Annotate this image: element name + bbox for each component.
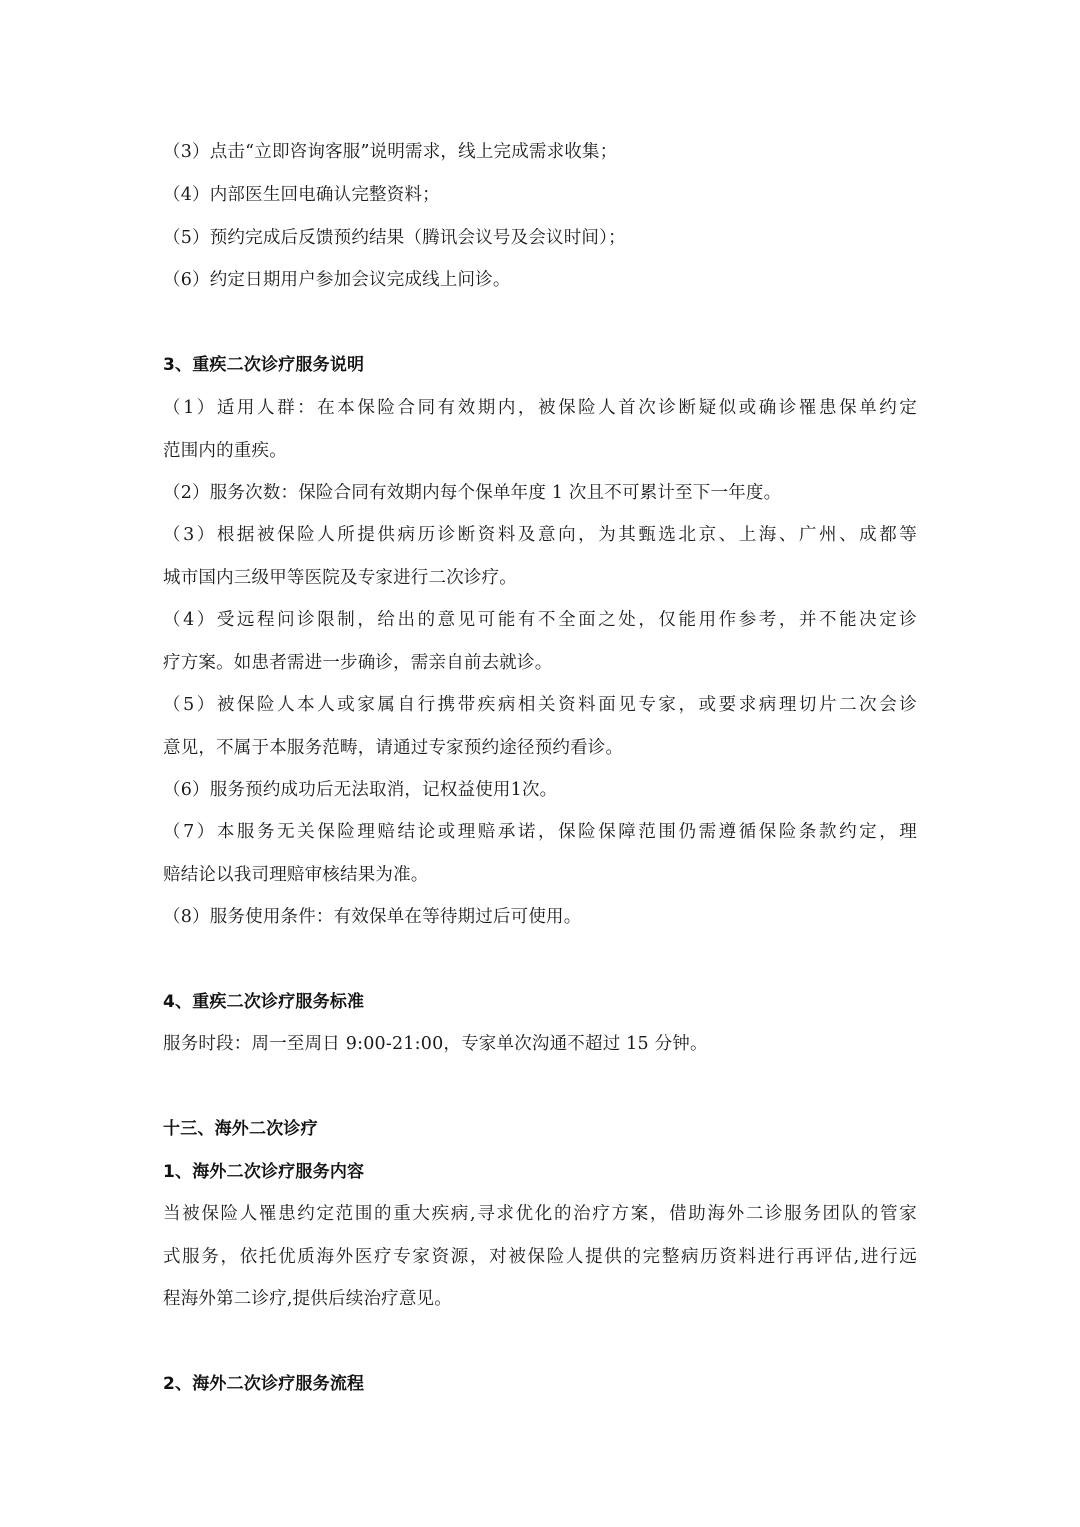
section-3-line: 疗方案。如患者需进一步确诊，需亲自前去就诊。 <box>163 651 917 675</box>
chapter-13-sub1-line: 程海外第二诊疗,提供后续治疗意见。 <box>163 1287 917 1311</box>
section-3-heading: 3、重疾二次诊疗服务说明 <box>163 353 917 377</box>
section-3-line: （7）本服务无关保险理赔结论或理赔承诺，保险保障范围仍需遵循保险条款约定，理 <box>163 820 917 844</box>
chapter-13-heading: 十三、海外二次诊疗 <box>163 1117 917 1141</box>
section-3-line: （4）受远程问诊限制，给出的意见可能有不全面之处，仅能用作参考，并不能决定诊 <box>163 608 917 632</box>
section-4-heading: 4、重疾二次诊疗服务标准 <box>163 990 917 1014</box>
section-4-line: 服务时段：周一至周日 9:00-21:00，专家单次沟通不超过 15 分钟。 <box>163 1032 917 1056</box>
section-3-line: （8）服务使用条件：有效保单在等待期过后可使用。 <box>163 905 917 929</box>
chapter-13-sub2-heading: 2、海外二次诊疗服务流程 <box>163 1372 917 1396</box>
section-3-line: 赔结论以我司理赔审核结果为准。 <box>163 863 917 887</box>
section-3-line: （6）服务预约成功后无法取消，记权益使用1次。 <box>163 778 917 802</box>
section-3-line: （2）服务次数：保险合同有效期内每个保单年度 1 次且不可累计至下一年度。 <box>163 481 917 505</box>
step-6: （6）约定日期用户参加会议完成线上问诊。 <box>163 268 917 292</box>
section-3-line: 范围内的重疾。 <box>163 439 917 463</box>
chapter-13-sub1-heading: 1、海外二次诊疗服务内容 <box>163 1160 917 1184</box>
section-3-line: （1）适用人群：在本保险合同有效期内，被保险人首次诊断疑似或确诊罹患保单约定 <box>163 396 917 420</box>
section-3-line: 城市国内三级甲等医院及专家进行二次诊疗。 <box>163 566 917 590</box>
chapter-13-sub1-line: 当被保险人罹患约定范围的重大疾病,寻求优化的治疗方案，借助海外二诊服务团队的管家 <box>163 1202 917 1226</box>
chapter-13-sub1-line: 式服务，依托优质海外医疗专家资源，对被保险人提供的完整病历资料进行再评估,进行远 <box>163 1245 917 1269</box>
section-3-line: （3）根据被保险人所提供病历诊断资料及意向，为其甄选北京、上海、广州、成都等 <box>163 523 917 547</box>
step-3: （3）点击“立即咨询客服”说明需求，线上完成需求收集； <box>163 140 917 164</box>
step-4: （4）内部医生回电确认完整资料； <box>163 183 917 207</box>
step-5: （5）预约完成后反馈预约结果（腾讯会议号及会议时间）； <box>163 226 917 250</box>
section-3-line: 意见，不属于本服务范畴，请通过专家预约途径预约看诊。 <box>163 736 917 760</box>
section-3-line: （5）被保险人本人或家属自行携带疾病相关资料面见专家，或要求病理切片二次会诊 <box>163 693 917 717</box>
